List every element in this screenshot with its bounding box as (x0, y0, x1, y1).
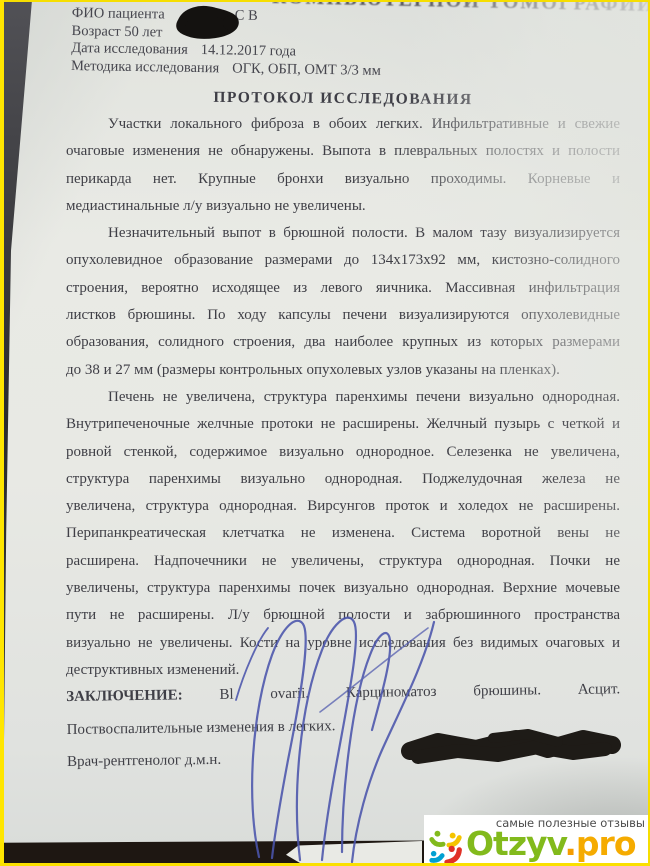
body-line: листков брюшины. По ходу капсулы печени … (66, 302, 620, 329)
body-line: Участки локального фиброза в обоих легки… (66, 111, 620, 138)
body-line: Незначительный выпот в брюшной полости. … (66, 220, 620, 247)
frame-border-left (0, 0, 4, 866)
protocol-heading: ПРОТОКОЛ ИССЛЕДОВАНИЯ (66, 88, 620, 111)
table-edge-left (2, 0, 32, 760)
patient-name-label: ФИО пациента (72, 5, 165, 22)
conclusion-label: ЗАКЛЮЧЕНИЕ: (66, 687, 183, 705)
conclusion-line2: Поствоспалительные изменения в легких. (66, 709, 620, 744)
conclusion-block: ЗАКЛЮЧЕНИЕ: Bl ovarii. Карциноматоз брюш… (66, 676, 621, 776)
body-line: образования, солидного строения, два наи… (66, 329, 620, 356)
ct-report-photo: КОМПЬЮТЕРНОЙ ТОМОГРАФИИ ФИО пациентаС В … (0, 0, 650, 866)
study-method-row: Методика исследованияОГК, ОБП, ОМТ 3/3 м… (71, 58, 381, 80)
body-line: структура паренхимы визуально однородная… (66, 466, 620, 493)
body-line: увеличена, структура однородная. Вирсунг… (66, 493, 620, 520)
body-line: опухолевидное образование размерами до 1… (66, 247, 620, 274)
body-line: перикарда нет. Крупные бронхи визуально … (66, 166, 620, 193)
conclusion-text: Bl ovarii. Карциноматоз брюшины. Асцит. (219, 681, 620, 703)
frame-border-top (0, 0, 650, 2)
patient-meta: ФИО пациентаС В Возраст 50 лет Дата иссл… (71, 5, 382, 80)
otzyv-logo-icon (427, 828, 465, 866)
body-line: очаговые изменения не обнаружены. Выпота… (66, 138, 620, 165)
study-date-value: 14.12.2017 года (201, 42, 296, 59)
body-line: визуально не увеличены. Кости на уровне … (66, 630, 620, 657)
body-line: строения, вероятно исходящее из левого я… (66, 275, 620, 302)
study-method-label: Методика исследования (71, 58, 219, 76)
otzyv-watermark: самые полезные отзывы Otzyv.pro (424, 815, 650, 866)
brand-green-part: Otzyv (466, 824, 564, 863)
study-method-value: ОГК, ОБП, ОМТ 3/3 мм (232, 60, 381, 78)
patient-initials: С В (235, 8, 258, 24)
otzyv-brand-text: Otzyv.pro (466, 824, 636, 863)
doctor-line: Врач-рентгенолог д.м.н. (67, 741, 621, 776)
body-line: ровной стенкой, содержимое визуально одн… (66, 439, 620, 466)
body-line: расширена. Надпочечники не увеличены, ст… (66, 548, 620, 575)
body-line: Перипанкреатическая клетчатка не изменен… (66, 520, 620, 547)
brand-dot: . (564, 824, 576, 863)
brand-orange-part: pro (576, 824, 636, 863)
body-line: увеличены, структура паренхимы почек виз… (66, 575, 620, 602)
body-line: до 38 и 27 мм (размеры контрольных опухо… (66, 357, 620, 384)
report-body: Участки локального фиброза в обоих легки… (66, 111, 620, 684)
body-line: Внутрипеченочные желчные протоки не расш… (66, 411, 620, 438)
body-line: медиастинальные л/у визуально не увеличе… (66, 193, 620, 220)
body-line: пути не расширены. Л/у брюшной полости и… (66, 602, 620, 629)
redacted-gap (165, 18, 235, 19)
study-date-label: Дата исследования (71, 40, 188, 58)
body-line: Печень не увеличена, структура паренхимы… (66, 384, 620, 411)
